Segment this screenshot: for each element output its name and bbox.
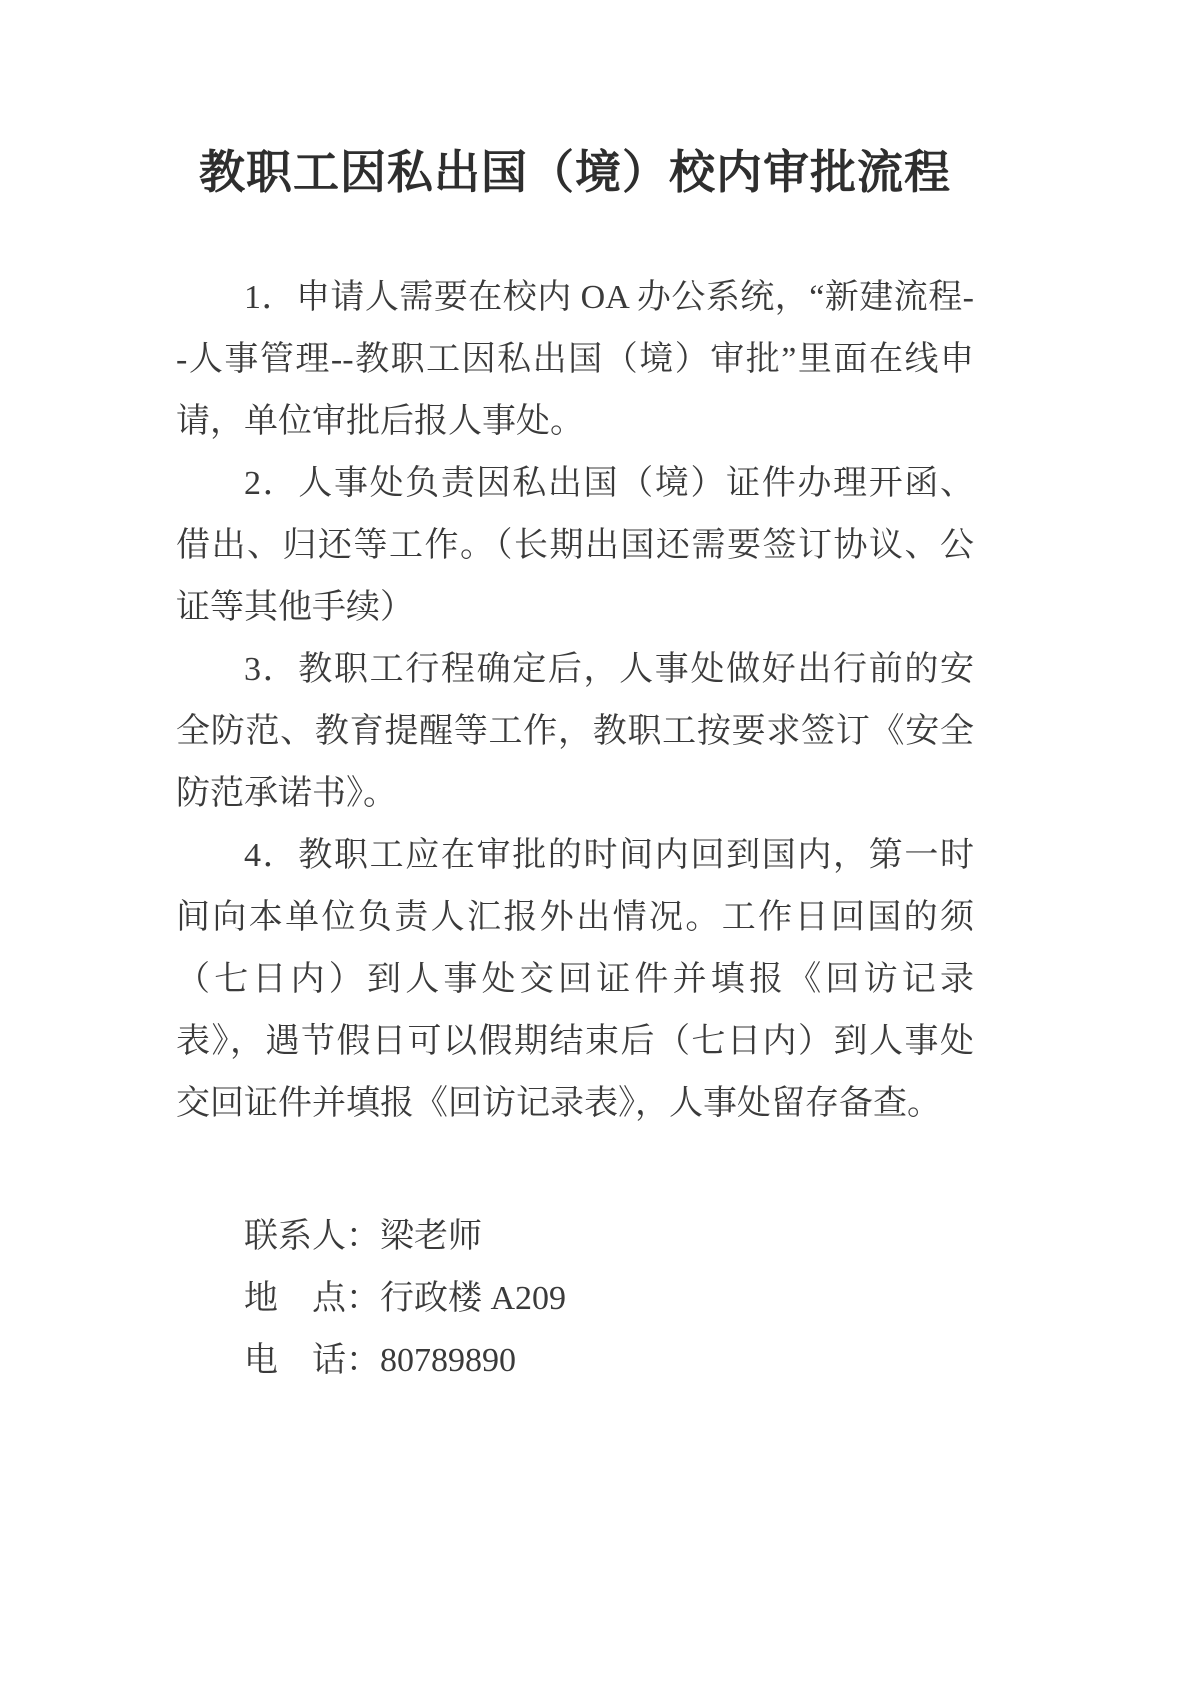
contact-phone-line: 电 话：80789890 bbox=[176, 1330, 974, 1392]
paragraph-2: 2．人事处负责因私出国（境）证件办理开函、借出、归还等工作。（长期出国还需要签订… bbox=[176, 453, 974, 639]
contact-location-label: 地 点： bbox=[244, 1280, 380, 1317]
contact-location-value: 行政楼 A209 bbox=[380, 1280, 566, 1317]
contact-location-line: 地 点：行政楼 A209 bbox=[176, 1268, 974, 1330]
contact-phone-value: 80789890 bbox=[380, 1342, 516, 1379]
paragraph-4: 4．教职工应在审批的时间内回到国内，第一时间向本单位负责人汇报外出情况。工作日回… bbox=[176, 825, 974, 1135]
document-body: 1．申请人需要在校内 OA 办公系统，“新建流程--人事管理--教职工因私出国（… bbox=[176, 267, 974, 1135]
contact-phone-label: 电 话： bbox=[244, 1342, 380, 1379]
contact-person-label: 联系人： bbox=[244, 1218, 380, 1255]
document-title: 教职工因私出国（境）校内审批流程 bbox=[176, 145, 974, 199]
contact-person-line: 联系人：梁老师 bbox=[176, 1206, 974, 1268]
document-content: 教职工因私出国（境）校内审批流程 1．申请人需要在校内 OA 办公系统，“新建流… bbox=[176, 0, 974, 1392]
contact-block: 联系人：梁老师 地 点：行政楼 A209 电 话：80789890 bbox=[176, 1206, 974, 1392]
contact-person-value: 梁老师 bbox=[380, 1218, 482, 1255]
document-page: 教职工因私出国（境）校内审批流程 1．申请人需要在校内 OA 办公系统，“新建流… bbox=[0, 0, 1191, 1684]
paragraph-1: 1．申请人需要在校内 OA 办公系统，“新建流程--人事管理--教职工因私出国（… bbox=[176, 267, 974, 453]
paragraph-3: 3．教职工行程确定后，人事处做好出行前的安全防范、教育提醒等工作，教职工按要求签… bbox=[176, 639, 974, 825]
